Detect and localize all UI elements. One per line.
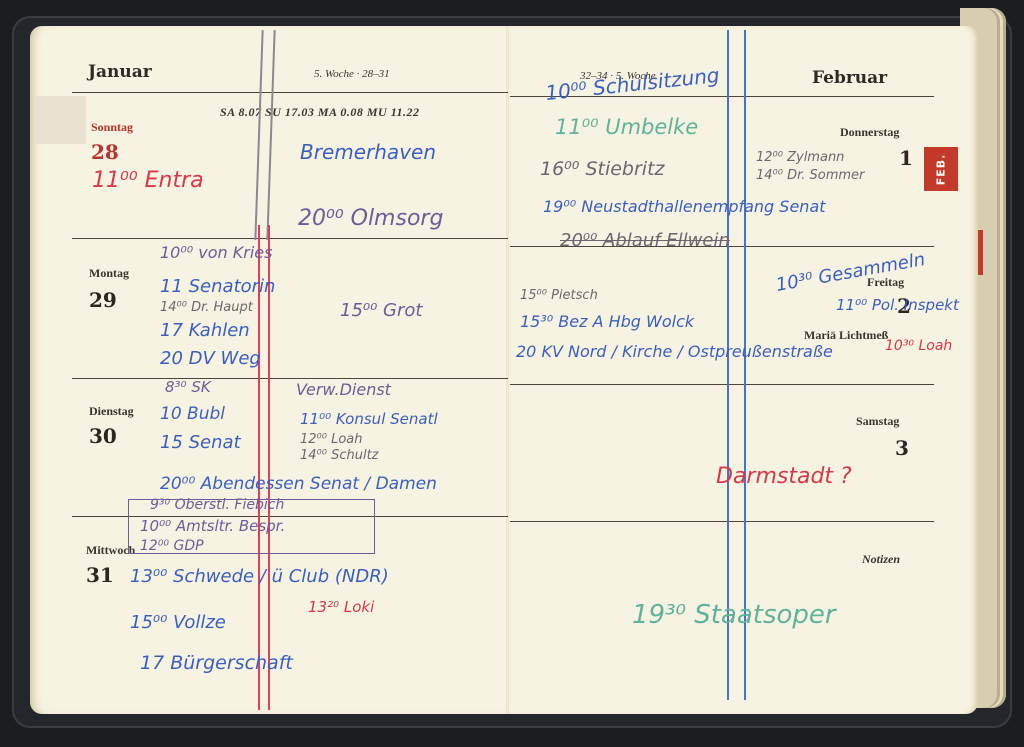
note-entry: 15³⁰ Bez A Hbg Wolck	[520, 312, 694, 331]
note-entry: 14⁰⁰ Dr. Haupt	[160, 300, 253, 315]
month-title-february: Februar	[812, 68, 887, 88]
day-rule	[72, 238, 508, 239]
tab-strip	[978, 230, 983, 275]
day-rule	[72, 378, 508, 379]
note-entry: 11 Senatorin	[160, 276, 275, 297]
note-entry: 17 Kahlen	[160, 320, 250, 341]
note-entry: 12⁰⁰ Loah	[300, 432, 363, 447]
note-entry: 13²⁰ Loki	[308, 598, 374, 616]
note-entry: 14⁰⁰ Schultz	[300, 448, 379, 463]
note-entry: 14⁰⁰ Dr. Sommer	[756, 168, 864, 183]
note-entry: 9³⁰ Oberstl. Fiebich	[150, 497, 284, 513]
day-number-31: 31	[86, 563, 114, 587]
note-entry: 15⁰⁰ Vollze	[130, 612, 226, 633]
day-number-1: 1	[899, 146, 913, 170]
month-tab-feb[interactable]: FEB.	[924, 147, 958, 191]
note-entry: 10⁰⁰ Amtsltr. Bespr.	[140, 517, 285, 535]
note-entry: Verw.Dienst	[296, 380, 391, 399]
note-entry: 16⁰⁰ Stiebritz	[540, 158, 665, 180]
note-entry: 11⁰⁰ Konsul Senatl	[300, 410, 438, 428]
red-strike	[258, 225, 260, 710]
note-entry: 20⁰⁰ Abendessen Senat / Damen	[160, 474, 437, 494]
note-entry: 11⁰⁰ Entra	[92, 168, 204, 193]
day-number-28: 28	[91, 140, 119, 164]
note-entry: 10³⁰ Loah	[885, 338, 952, 354]
note-entry-struck: 20⁰⁰ Ablauf Ellwein	[560, 230, 730, 251]
note-entry: 11⁰⁰ Umbelke	[555, 115, 698, 139]
note-entry: 13⁰⁰ Schwede / ü Club (NDR)	[130, 566, 389, 587]
tab-smudge	[36, 96, 86, 144]
day-number-3: 3	[895, 436, 909, 460]
day-name-tuesday: Dienstag	[89, 404, 134, 419]
book-gutter	[506, 26, 509, 714]
header-rule-left	[72, 92, 508, 93]
note-entry: 8³⁰ SK	[165, 378, 211, 396]
day-rule	[510, 521, 934, 522]
note-entry: 19³⁰ Staatsoper	[632, 600, 836, 630]
note-entry: 20⁰⁰ Olmsorg	[298, 206, 443, 231]
day-name-sunday: Sonntag	[91, 120, 133, 135]
day-name-saturday: Samstag	[856, 414, 899, 429]
day-name-monday: Montag	[89, 266, 129, 281]
feast-day: Mariä Lichtmeß	[804, 328, 888, 343]
tab-label: FEB.	[935, 153, 948, 185]
sun-moon-times: SA 8.07 SU 17.03 MA 0.08 MU 11.22	[220, 105, 420, 120]
note-entry: Bremerhaven	[300, 140, 436, 164]
month-title-january: Januar	[88, 62, 152, 82]
day-rule	[510, 384, 934, 385]
note-entry: 10 Bubl	[160, 404, 225, 424]
note-entry: 15⁰⁰ Pietsch	[520, 288, 598, 303]
note-entry: 12⁰⁰ Zylmann	[756, 150, 844, 165]
note-entry: 12⁰⁰ GDP	[140, 538, 204, 554]
day-number-29: 29	[89, 288, 117, 312]
day-number-30: 30	[89, 424, 117, 448]
note-entry: 15 Senat	[160, 432, 241, 453]
note-entry: 19⁰⁰ Neustadthallenempfang Senat	[543, 197, 826, 216]
week-label-left: 5. Woche · 28–31	[314, 68, 390, 80]
note-entry: 20 KV Nord / Kirche / Ostpreußenstraße	[516, 342, 833, 361]
day-name-thursday: Donnerstag	[840, 125, 899, 140]
notes-label: Notizen	[862, 552, 900, 567]
note-entry: 15⁰⁰ Grot	[340, 300, 422, 321]
note-entry: 11⁰⁰ Pol. Inspekt	[836, 296, 959, 314]
note-entry: Darmstadt ?	[716, 464, 852, 489]
note-entry: 10⁰⁰ von Kries	[160, 243, 272, 262]
note-entry: 20 DV Weg	[160, 348, 261, 369]
note-entry: 17 Bürgerschaft	[140, 652, 293, 674]
red-strike	[268, 225, 270, 710]
